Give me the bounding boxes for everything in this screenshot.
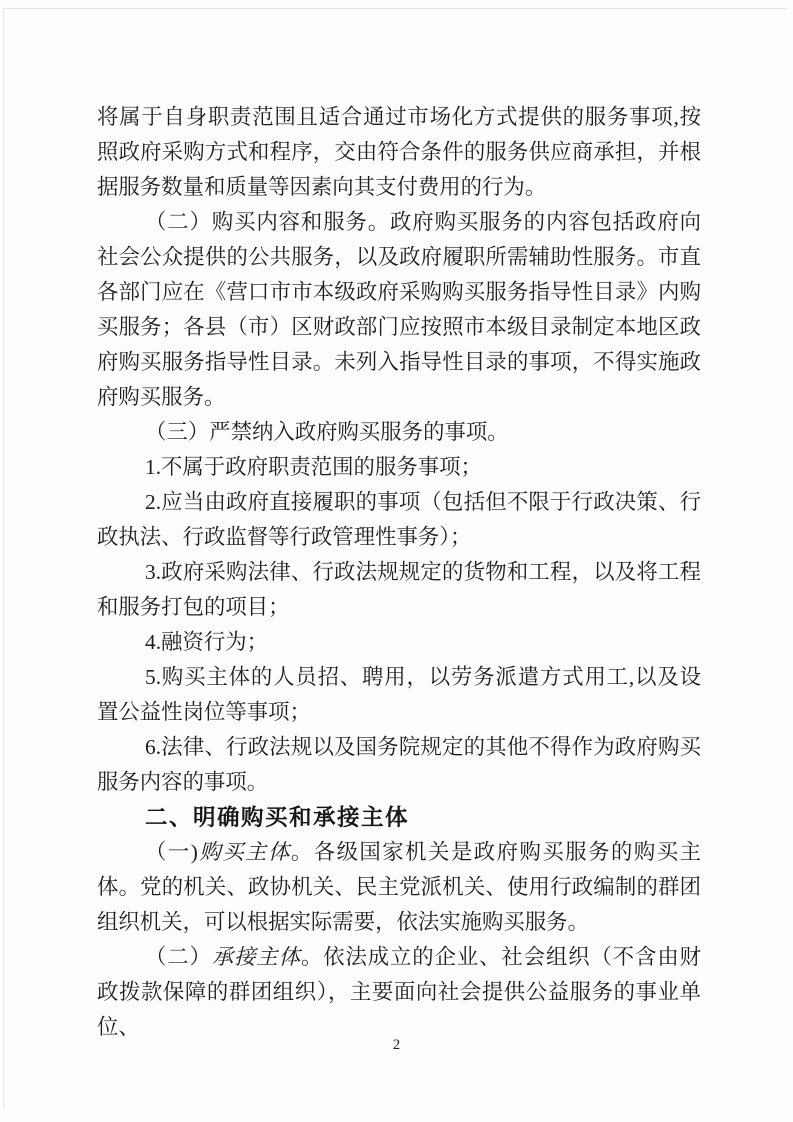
document-page: 将属于自身职责范围且适合通过市场化方式提供的服务事项,按照政府采购方式和程序，交… — [0, 0, 793, 1122]
list-item-2: 2.应当由政府直接履职的事项（包括但不限于行政决策、行政执法、行政监督等行政管理… — [97, 485, 701, 555]
paragraph-undertaker-entities: （二）承接主体。依法成立的企业、社会组织（不含由财政拨款保障的群团组织），主要面… — [97, 940, 701, 1045]
paragraph-prohibited-items-lead: （三）严禁纳入政府购买服务的事项。 — [97, 415, 701, 450]
paragraph-buyer-entities: （一)购买主体。各级国家机关是政府购买服务的购买主体。党的机关、政协机关、民主党… — [97, 835, 701, 940]
page-number: 2 — [393, 1037, 401, 1053]
page-footer: 2 — [0, 1036, 793, 1054]
paragraph-definition-continuation: 将属于自身职责范围且适合通过市场化方式提供的服务事项,按照政府采购方式和程序，交… — [97, 100, 701, 205]
paragraph-purchase-content-and-services: （二）购买内容和服务。政府购买服务的内容包括政府向社会公众提供的公共服务，以及政… — [97, 205, 701, 415]
buyer-term-emphasis: 购买主体 — [198, 840, 291, 864]
undertaker-paragraph-prefix: （二） — [145, 945, 212, 969]
buyer-paragraph-prefix: （一) — [145, 840, 198, 864]
document-body: 将属于自身职责范围且适合通过市场化方式提供的服务事项,按照政府采购方式和程序，交… — [97, 100, 701, 1045]
list-item-6: 6.法律、行政法规以及国务院规定的其他不得作为政府购买服务内容的事项。 — [97, 730, 701, 800]
list-item-5: 5.购买主体的人员招、聘用，以劳务派遣方式用工,以及设置公益性岗位等事项； — [97, 660, 701, 730]
list-item-3: 3.政府采购法律、行政法规规定的货物和工程，以及将工程和服务打包的项目； — [97, 555, 701, 625]
undertaker-term-emphasis: 承接主体 — [212, 945, 301, 969]
list-item-1: 1.不属于政府职责范围的服务事项； — [97, 450, 701, 485]
section-heading-2: 二、明确购买和承接主体 — [97, 800, 701, 835]
list-item-4: 4.融资行为； — [97, 625, 701, 660]
